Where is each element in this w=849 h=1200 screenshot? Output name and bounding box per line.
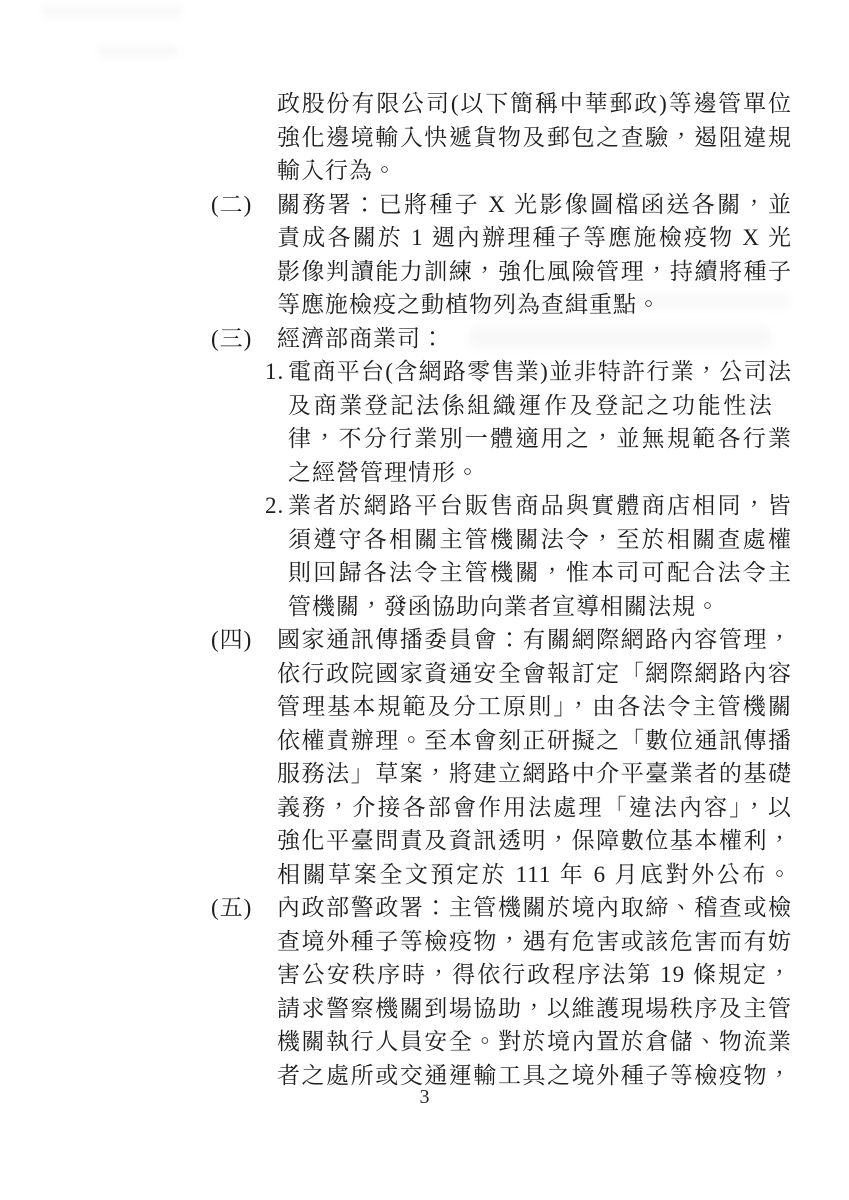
text-line: 管機關，發函協助向業者宣導相關法規。 (288, 590, 792, 624)
text-line: 須遵守各相關主管機關法令，至於相關查處權 (288, 523, 792, 557)
list-item-2: (二) 關務署：已將種子 X 光影像圖檔函送各關，並 責成各關於 1 週內辦理種… (277, 188, 792, 322)
text-line: 義務，介接各部會作用法處理「違法內容」，以 (277, 791, 792, 825)
text-line: 經濟部商業司： (277, 322, 792, 356)
text-line: 國家通訊傳播委員會：有關網際網路內容管理， (277, 623, 792, 657)
text-line: 電商平台(含網路零售業)並非特許行業，公司法 (288, 355, 792, 389)
list-item-5: (五) 內政部警政署：主管機關於境內取締、稽查或檢 查境外種子等檢疫物，遇有危害… (277, 891, 792, 1092)
text-line: 政股份有限公司(以下簡稱中華郵政)等邊管單位 (277, 87, 792, 121)
text-line: 等應施檢疫之動植物列為查緝重點。 (277, 288, 792, 322)
text-line: 輸入行為。 (277, 154, 792, 188)
paragraph-continuation: 政股份有限公司(以下簡稱中華郵政)等邊管單位 強化邊境輸入快遞貨物及郵包之查驗，… (277, 87, 792, 188)
text-line: 依行政院國家資通安全會報訂定「網際網路內容 (277, 657, 792, 691)
text-line: 依權責辦理。至本會刻正研擬之「數位通訊傳播 (277, 724, 792, 758)
item-label: (四) (211, 623, 252, 657)
text-line: 責成各關於 1 週內辦理種子等應施檢疫物 X 光 (277, 221, 792, 255)
text-line: 關務署：已將種子 X 光影像圖檔函送各關，並 (277, 188, 792, 222)
document-page: 政股份有限公司(以下簡稱中華郵政)等邊管單位 強化邊境輸入快遞貨物及郵包之查驗，… (0, 0, 849, 1200)
text-line: 內政部警政署：主管機關於境內取締、稽查或檢 (277, 891, 792, 925)
scan-artifact (42, 6, 182, 16)
text-line: 影像判讀能力訓練，強化風險管理，持續將種子 (277, 255, 792, 289)
text-line: 強化邊境輸入快遞貨物及郵包之查驗，遏阻違規 (277, 121, 792, 155)
list-item-3: (三) 經濟部商業司： (277, 322, 792, 356)
document-body: 政股份有限公司(以下簡稱中華郵政)等邊管單位 強化邊境輸入快遞貨物及郵包之查驗，… (0, 87, 849, 1092)
text-line: 及商業登記法係組織運作及登記之功能性法 (288, 389, 792, 423)
text-line: 機關執行人員安全。對於境內置於倉儲、物流業 (277, 1025, 792, 1059)
page-number: 3 (0, 1086, 849, 1109)
scan-artifact (98, 46, 178, 56)
list-item-4: (四) 國家通訊傳播委員會：有關網際網路內容管理， 依行政院國家資通安全會報訂定… (277, 623, 792, 891)
sub-item-1: 1. 電商平台(含網路零售業)並非特許行業，公司法 及商業登記法係組織運作及登記… (288, 355, 792, 489)
item-label: (二) (211, 188, 252, 222)
text-line: 之經營管理情形。 (288, 456, 792, 490)
text-line: 服務法」草案，將建立網路中介平臺業者的基礎 (277, 757, 792, 791)
text-line: 律，不分行業別一體適用之，並無規範各行業 (288, 422, 792, 456)
text-line: 強化平臺問責及資訊透明，保障數位基本權利， (277, 824, 792, 858)
sub-item-label: 2. (265, 489, 284, 523)
text-line: 業者於網路平台販售商品與實體商店相同，皆 (288, 489, 792, 523)
item-label: (五) (211, 891, 252, 925)
text-line: 請求警察機關到場協助，以維護現場秩序及主管 (277, 992, 792, 1026)
text-line: 查境外種子等檢疫物，遇有危害或該危害而有妨 (277, 925, 792, 959)
text-line: 相關草案全文預定於 111 年 6 月底對外公布。 (277, 858, 792, 892)
text-line: 管理基本規範及分工原則」，由各法令主管機關 (277, 690, 792, 724)
sub-item-2: 2. 業者於網路平台販售商品與實體商店相同，皆 須遵守各相關主管機關法令，至於相… (288, 489, 792, 623)
item-label: (三) (211, 322, 252, 356)
text-line: 害公安秩序時，得依行政程序法第 19 條規定， (277, 958, 792, 992)
sub-item-label: 1. (265, 355, 284, 389)
text-line: 則回歸各法令主管機關，惟本司可配合法令主 (288, 556, 792, 590)
